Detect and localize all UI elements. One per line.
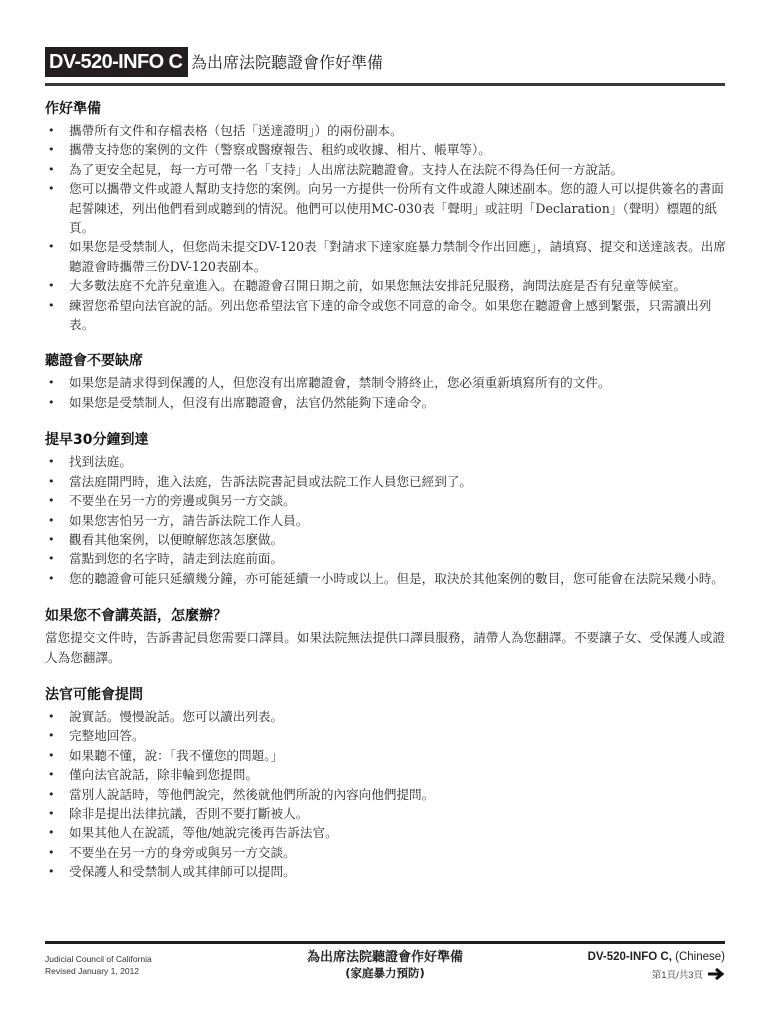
footer-publisher-info: Judicial Council of California Revised J… <box>45 953 152 977</box>
footer-title-subtitle: (家庭暴力預防) <box>285 966 485 981</box>
list-item-text: 如果您是請求得到保護的人，但您沒有出席聽證會，禁制令將終止，您必須重新填寫所有的… <box>69 375 611 390</box>
section-heading: 法官可能會提問 <box>45 684 730 706</box>
bullet-icon: • <box>48 823 55 842</box>
section-heading: 聽證會不要缺席 <box>45 350 730 372</box>
list-item-text: 如果聽不懂，說：「我不懂您的問題。」 <box>69 748 283 763</box>
bullet-icon: • <box>48 179 55 198</box>
page-indicator: 第1頁/共3頁 <box>652 968 703 984</box>
page-footer: Judicial Council of California Revised J… <box>45 941 725 991</box>
arrow-right-icon[interactable] <box>707 967 725 985</box>
publisher-name: Judicial Council of California <box>45 953 152 965</box>
list-item: •觀看其他案例，以便瞭解您該怎麼做。 <box>45 530 730 549</box>
footer-title-main: 為出席法院聽證會作好準備 <box>285 949 485 966</box>
footer-form-id-line: DV-520-INFO C, (Chinese) <box>588 950 725 965</box>
list-item: •如果您害怕另一方，請告訴法院工作人員。 <box>45 511 730 530</box>
list-item: •如果您是受禁制人，但沒有出席聽證會，法官仍然能夠下達命令。 <box>45 393 730 412</box>
section-get-ready: 作好準備 •攜帶所有文件和存檔表格（包括「送達證明」）的兩份副本。 •攜帶支持您… <box>45 98 730 334</box>
section-heading: 提早30分鐘到達 <box>45 429 730 451</box>
list-item-text: 練習您希望向法官說的話。列出您希望法官下達的命令或您不同意的命令。如果您在聽證會… <box>69 298 711 332</box>
bullet-icon: • <box>48 276 55 295</box>
bullet-icon: • <box>48 491 55 510</box>
bullet-icon: • <box>48 452 55 471</box>
list-item-text: 攜帶所有文件和存檔表格（包括「送達證明」）的兩份副本。 <box>69 123 403 138</box>
list-item: •完整地回答。 <box>45 726 730 745</box>
list-item: •說實話。慢慢說話。您可以讀出列表。 <box>45 707 730 726</box>
bullet-icon: • <box>48 804 55 823</box>
section-no-english: 如果您不會講英語，怎麼辦？ 當您提交文件時，告訴書記員您需要口譯員。如果法院無法… <box>45 605 730 667</box>
list-item-text: 受保護人和受禁制人或其律師可以提問。 <box>69 864 296 879</box>
list-item: •受保護人和受禁制人或其律師可以提問。 <box>45 862 730 881</box>
bullet-icon: • <box>48 862 55 881</box>
list-item-text: 除非是提出法律抗議，否則不要打斷被人。 <box>69 806 308 821</box>
bullet-icon: • <box>48 726 55 745</box>
list-item-text: 不要坐在另一方的身旁或與另一方交談。 <box>69 845 296 860</box>
list-item: •為了更安全起見，每一方可帶一名「支持」人出席法院聽證會。支持人在法院不得為任何… <box>45 160 730 179</box>
list-item-text: 完整地回答。 <box>69 728 145 743</box>
list-item-text: 僅向法官說話，除非輪到您提問。 <box>69 767 258 782</box>
list-item: •攜帶所有文件和存檔表格（包括「送達證明」）的兩份副本。 <box>45 121 730 140</box>
list-item-text: 您的聽證會可能只延續幾分鐘，亦可能延續一小時或以上。但是，取決於其他案例的數目，… <box>69 571 724 586</box>
bullet-icon: • <box>48 530 55 549</box>
bullet-icon: • <box>48 707 55 726</box>
list-item-text: 找到法庭。 <box>69 454 132 469</box>
section-heading: 如果您不會講英語，怎麼辦？ <box>45 605 730 627</box>
page-title: 為出席法院聽證會作好準備 <box>191 47 383 77</box>
bullet-list: •如果您是請求得到保護的人，但您沒有出席聽證會，禁制令將終止，您必須重新填寫所有… <box>45 373 730 412</box>
bullet-icon: • <box>48 121 55 140</box>
form-id-badge: DV-520-INFO C <box>45 47 188 77</box>
list-item: •如果您是請求得到保護的人，但您沒有出席聽證會，禁制令將終止，您必須重新填寫所有… <box>45 373 730 392</box>
bullet-icon: • <box>48 785 55 804</box>
list-item: •除非是提出法律抗議，否則不要打斷被人。 <box>45 804 730 823</box>
bullet-icon: • <box>48 511 55 530</box>
bullet-icon: • <box>48 373 55 392</box>
list-item: •僅向法官說話，除非輪到您提問。 <box>45 765 730 784</box>
section-arrive-early: 提早30分鐘到達 •找到法庭。 •當法庭開門時，進入法庭，告訴法院書記員或法院工… <box>45 429 730 588</box>
list-item-text: 您可以攜帶文件或證人幫助支持您的案例。向另一方提供一份所有文件或證人陳述副本。您… <box>69 181 724 235</box>
list-item: •當別人說話時，等他們說完，然後就他們所說的內容向他們提問。 <box>45 785 730 804</box>
page-header: DV-520-INFO C 為出席法院聽證會作好準備 <box>45 47 725 85</box>
list-item: •當法庭開門時，進入法庭，告訴法院書記員或法院工作人員您已經到了。 <box>45 472 730 491</box>
footer-divider <box>45 941 725 944</box>
list-item-text: 觀看其他案例，以便瞭解您該怎麼做。 <box>69 532 283 547</box>
bullet-icon: • <box>48 160 55 179</box>
bullet-list: •找到法庭。 •當法庭開門時，進入法庭，告訴法院書記員或法院工作人員您已經到了。… <box>45 452 730 588</box>
list-item: •練習您希望向法官說的話。列出您希望法官下達的命令或您不同意的命令。如果您在聽證… <box>45 296 730 335</box>
section-paragraph: 當您提交文件時，告訴書記員您需要口譯員。如果法院無法提供口譯員服務，請帶人為您翻… <box>45 628 730 667</box>
list-item-text: 如果您是受禁制人，但沒有出席聽證會，法官仍然能夠下達命令。 <box>69 395 434 410</box>
list-item-text: 如果您害怕另一方，請告訴法院工作人員。 <box>69 513 308 528</box>
list-item: •攜帶支持您的案例的文件（警察或醫療報告、租約或收據、相片、帳單等）。 <box>45 140 730 159</box>
list-item-text: 如果其他人在說謊，等他/她說完後再告訴法官。 <box>69 825 338 840</box>
bullet-icon: • <box>48 393 55 412</box>
section-heading: 作好準備 <box>45 98 730 120</box>
bullet-icon: • <box>48 472 55 491</box>
revision-date: Revised January 1, 2012 <box>45 965 152 977</box>
footer-title: 為出席法院聽證會作好準備 (家庭暴力預防) <box>285 949 485 981</box>
bullet-icon: • <box>48 549 55 568</box>
bullet-icon: • <box>48 237 55 256</box>
footer-form-id: DV-520-INFO C, <box>588 951 672 963</box>
list-item: •當點到您的名字時，請走到法庭前面。 <box>45 549 730 568</box>
list-item-text: 當點到您的名字時，請走到法庭前面。 <box>69 551 283 566</box>
list-item: •找到法庭。 <box>45 452 730 471</box>
list-item: •如果您是受禁制人，但您尚未提交DV-120表「對請求下達家庭暴力禁制令作出回應… <box>45 237 730 276</box>
bullet-list: •攜帶所有文件和存檔表格（包括「送達證明」）的兩份副本。 •攜帶支持您的案例的文… <box>45 121 730 334</box>
bullet-icon: • <box>48 843 55 862</box>
header-divider <box>45 83 725 86</box>
list-item-text: 當別人說話時，等他們說完，然後就他們所說的內容向他們提問。 <box>69 787 434 802</box>
document-body: 作好準備 •攜帶所有文件和存檔表格（包括「送達證明」）的兩份副本。 •攜帶支持您… <box>45 98 730 882</box>
list-item-text: 大多數法庭不允許兒童進入。在聽證會召開日期之前，如果您無法安排託兒服務，詢問法庭… <box>69 278 686 293</box>
list-item: •您的聽證會可能只延續幾分鐘，亦可能延續一小時或以上。但是，取決於其他案例的數目… <box>45 569 730 588</box>
list-item-text: 不要坐在另一方的旁邊或與另一方交談。 <box>69 493 296 508</box>
list-item-text: 如果您是受禁制人，但您尚未提交DV-120表「對請求下達家庭暴力禁制令作出回應」… <box>69 239 726 273</box>
list-item: •大多數法庭不允許兒童進入。在聽證會召開日期之前，如果您無法安排託兒服務，詢問法… <box>45 276 730 295</box>
bullet-icon: • <box>48 140 55 159</box>
bullet-icon: • <box>48 296 55 315</box>
list-item: •如果聽不懂，說：「我不懂您的問題。」 <box>45 746 730 765</box>
list-item-text: 攜帶支持您的案例的文件（警察或醫療報告、租約或收據、相片、帳單等）。 <box>69 142 491 157</box>
list-item: •如果其他人在說謊，等他/她說完後再告訴法官。 <box>45 823 730 842</box>
section-judge-questions: 法官可能會提問 •說實話。慢慢說話。您可以讀出列表。 •完整地回答。 •如果聽不… <box>45 684 730 882</box>
list-item-text: 為了更安全起見，每一方可帶一名「支持」人出席法院聽證會。支持人在法院不得為任何一… <box>69 162 623 177</box>
bullet-icon: • <box>48 746 55 765</box>
list-item: •您可以攜帶文件或證人幫助支持您的案例。向另一方提供一份所有文件或證人陳述副本。… <box>45 179 730 237</box>
list-item: •不要坐在另一方的身旁或與另一方交談。 <box>45 843 730 862</box>
list-item-text: 說實話。慢慢說話。您可以讀出列表。 <box>69 709 283 724</box>
bullet-icon: • <box>48 569 55 588</box>
footer-form-info: DV-520-INFO C, (Chinese) 第1頁/共3頁 <box>588 950 725 985</box>
list-item-text: 當法庭開門時，進入法庭，告訴法院書記員或法院工作人員您已經到了。 <box>69 474 472 489</box>
bullet-list: •說實話。慢慢說話。您可以讀出列表。 •完整地回答。 •如果聽不懂，說：「我不懂… <box>45 707 730 882</box>
bullet-icon: • <box>48 765 55 784</box>
footer-language: (Chinese) <box>675 951 725 963</box>
section-do-not-miss-hearing: 聽證會不要缺席 •如果您是請求得到保護的人，但您沒有出席聽證會，禁制令將終止，您… <box>45 350 730 412</box>
list-item: •不要坐在另一方的旁邊或與另一方交談。 <box>45 491 730 510</box>
